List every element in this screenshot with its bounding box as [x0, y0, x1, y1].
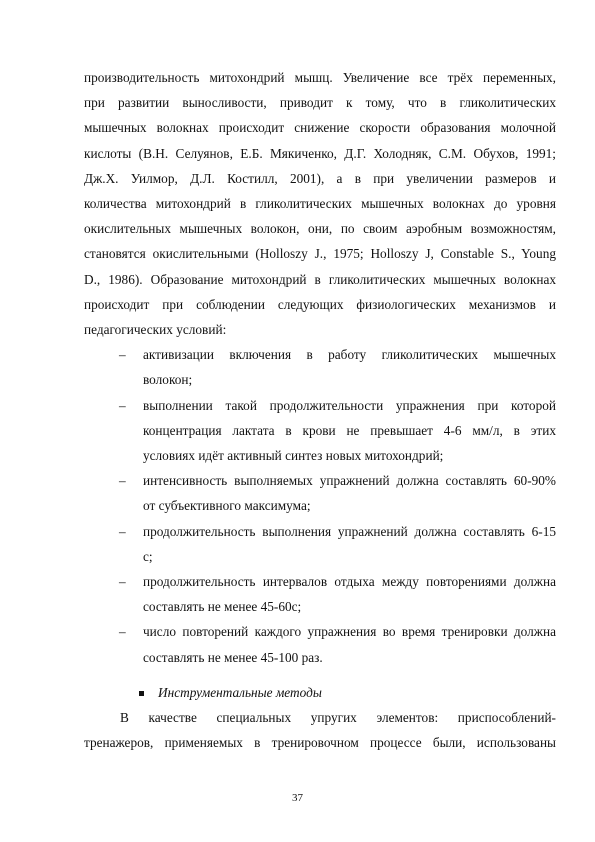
dash-bullet-icon: – — [119, 624, 126, 640]
list-item-line: условиях идёт активный синтез новых мито… — [143, 448, 556, 464]
page-number: 37 — [0, 792, 595, 804]
dash-bullet-icon: – — [119, 398, 126, 414]
text-line: мышечных волокнах происходит снижение ск… — [84, 120, 556, 136]
text-line: педагогических условий: — [84, 322, 556, 338]
list-item-line: число повторений каждого упражнения во в… — [143, 624, 556, 640]
text-line: при развитии выносливости, приводит к то… — [84, 95, 556, 111]
list-item-line: с; — [143, 549, 556, 565]
list-item-line: концентрация лактата в крови не превышае… — [143, 423, 556, 439]
text-line: становятся окислительными (Holloszy J., … — [84, 246, 556, 262]
text-line: кислоты (В.Н. Селуянов, Е.Б. Мякиченко, … — [84, 146, 556, 162]
list-item-line: продолжительность интервалов отдыха межд… — [143, 574, 556, 590]
subheading-text: Инструментальные методы — [158, 685, 322, 701]
list-item-line: составлять не менее 45-100 раз. — [143, 650, 556, 666]
text-line: количества митохондрий в гликолитических… — [84, 196, 556, 212]
document-page: производительность митохондрий мышц. Уве… — [0, 0, 595, 842]
text-line: Дж.Х. Уилмор, Д.Л. Костилл, 2001), а в п… — [84, 171, 556, 187]
dash-bullet-icon: – — [119, 524, 126, 540]
list-item-line: выполнении такой продолжительности упраж… — [143, 398, 556, 414]
list-item-line: активизации включения в работу гликолити… — [143, 347, 556, 363]
text-line: производительность митохондрий мышц. Уве… — [84, 70, 556, 86]
list-item-line: интенсивность выполняемых упражнений дол… — [143, 473, 556, 489]
text-line: В качестве специальных упругих элементов… — [120, 710, 556, 726]
list-item-line: составлять не менее 45-60с; — [143, 599, 556, 615]
list-item-line: волокон; — [143, 372, 556, 388]
list-item-line: от субъективного максимума; — [143, 498, 556, 514]
square-bullet-icon — [139, 691, 144, 696]
text-line: тренажеров, применяемых в тренировочном … — [84, 735, 556, 751]
text-line: окислительных мышечных волокон, они, по … — [84, 221, 556, 237]
text-line: происходит при соблюдении следующих физи… — [84, 297, 556, 313]
list-item-line: продолжительность выполнения упражнений … — [143, 524, 556, 540]
dash-bullet-icon: – — [119, 347, 126, 363]
dash-bullet-icon: – — [119, 574, 126, 590]
dash-bullet-icon: – — [119, 473, 126, 489]
text-line: D., 1986). Образование митохондрий в гли… — [84, 272, 556, 288]
